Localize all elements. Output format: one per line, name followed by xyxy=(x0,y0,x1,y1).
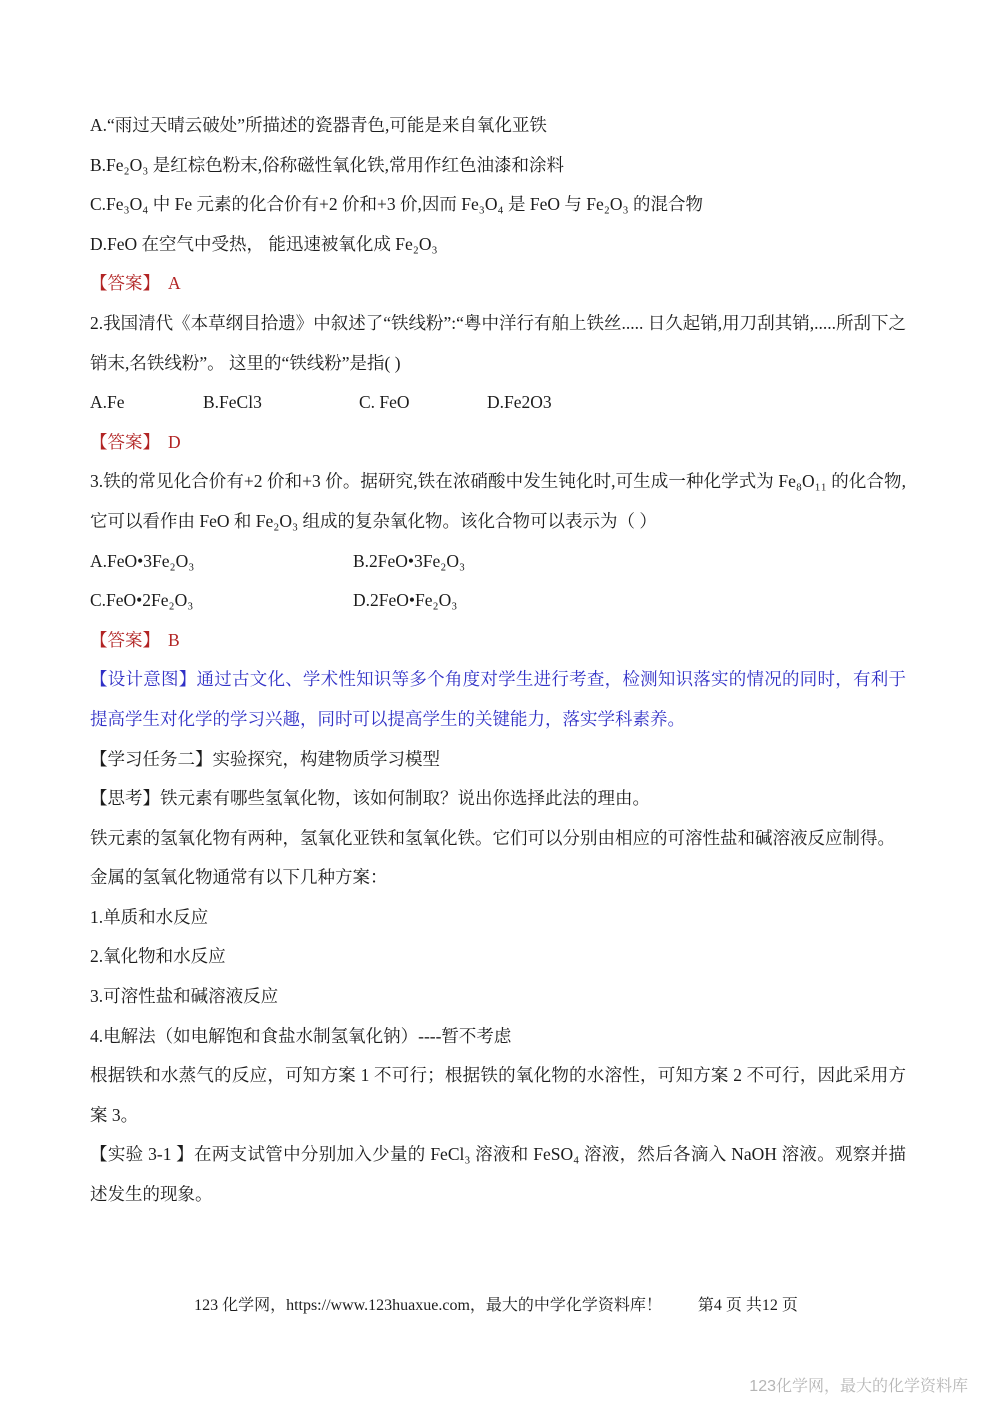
q1-answer-value: A xyxy=(168,273,181,293)
q2-answer-value: D xyxy=(168,432,181,452)
q2-option-c: C. FeO xyxy=(359,383,487,423)
q3-option-a: A.FeO•3Fe₂O₃ xyxy=(90,542,353,582)
q2-answer: 【答案】D xyxy=(90,423,906,463)
plan-item-3: 3.可溶性盐和碱溶液反应 xyxy=(90,977,906,1017)
q1-option-c: C.Fe₃O₄ 中 Fe 元素的化合价有+2 价和+3 价,因而 Fe₃O₄ 是… xyxy=(90,185,906,225)
q3-answer-value: B xyxy=(168,630,180,650)
plan-item-1: 1.单质和水反应 xyxy=(90,898,906,938)
paragraph-hydroxides: 铁元素的氢氧化物有两种，氢氧化亚铁和氢氧化铁。它们可以分别由相应的可溶性盐和碱溶… xyxy=(90,819,906,859)
plan-item-2: 2.氧化物和水反应 xyxy=(90,937,906,977)
q1-option-b: B.Fe₂O₃ 是红棕色粉末,俗称磁性氧化铁,常用作红色油漆和涂料 xyxy=(90,146,906,186)
q3-option-d: D.2FeO•Fe₂O₃ xyxy=(353,581,457,621)
q3-answer-label: 【答案】 xyxy=(90,630,160,650)
q2-stem: 2.我国清代《本草纲目拾遗》中叙述了“铁线粉”:“粤中洋行有舶上铁丝..... … xyxy=(90,304,906,383)
q3-answer: 【答案】B xyxy=(90,621,906,661)
think-prompt: 【思考】铁元素有哪些氢氧化物，该如何制取？说出你选择此法的理由。 xyxy=(90,779,906,819)
footer-page-indicator: 第4 页 共12 页 xyxy=(698,1292,798,1315)
q1-option-a: A.“雨过天晴云破处”所描述的瓷器青色,可能是来自氧化亚铁 xyxy=(90,106,906,146)
q3-option-c: C.FeO•2Fe₂O₃ xyxy=(90,581,353,621)
experiment-3-1: 【实验 3-1 】在两支试管中分别加入少量的 FeCl₃ 溶液和 FeSO₄ 溶… xyxy=(90,1135,906,1214)
footer-site-text: 123 化学网，https://www.123huaxue.com，最大的中学化… xyxy=(194,1292,662,1315)
document-content: A.“雨过天晴云破处”所描述的瓷器青色,可能是来自氧化亚铁 B.Fe₂O₃ 是红… xyxy=(90,106,906,1215)
q3-stem: 3.铁的常见化合价有+2 价和+3 价。据研究,铁在浓硝酸中发生钝化时,可生成一… xyxy=(90,462,906,541)
design-intent-note: 【设计意图】通过古文化、学术性知识等多个角度对学生进行考查，检测知识落实的情况的… xyxy=(90,660,906,739)
paragraph-analysis: 根据铁和水蒸气的反应，可知方案 1 不可行；根据铁的氧化物的水溶性，可知方案 2… xyxy=(90,1056,906,1135)
task2-heading: 【学习任务二】实验探究，构建物质学习模型 xyxy=(90,740,906,780)
q1-answer: 【答案】A xyxy=(90,264,906,304)
document-page: A.“雨过天晴云破处”所描述的瓷器青色,可能是来自氧化亚铁 B.Fe₂O₃ 是红… xyxy=(0,0,992,1403)
q2-option-d: D.Fe2O3 xyxy=(487,383,552,423)
plan-item-4: 4.电解法（如电解饱和食盐水制氢氧化钠）----暂不考虑 xyxy=(90,1017,906,1057)
paragraph-plans-intro: 金属的氢氧化物通常有以下几种方案： xyxy=(90,858,906,898)
q3-options-row-2: C.FeO•2Fe₂O₃ D.2FeO•Fe₂O₃ xyxy=(90,581,906,621)
q1-answer-label: 【答案】 xyxy=(90,273,160,293)
watermark-text: 123化学网，最大的化学资料库 xyxy=(749,1373,968,1396)
q1-option-d: D.FeO 在空气中受热， 能迅速被氧化成 Fe₂O₃ xyxy=(90,225,906,265)
page-footer: 123 化学网，https://www.123huaxue.com，最大的中学化… xyxy=(0,1292,992,1315)
q3-option-b: B.2FeO•3Fe₂O₃ xyxy=(353,542,465,582)
q3-options-row-1: A.FeO•3Fe₂O₃ B.2FeO•3Fe₂O₃ xyxy=(90,542,906,582)
q2-options-row: A.Fe B.FeCl3 C. FeO D.Fe2O3 xyxy=(90,383,906,423)
q2-option-b: B.FeCl3 xyxy=(203,383,359,423)
q2-answer-label: 【答案】 xyxy=(90,432,160,452)
q2-option-a: A.Fe xyxy=(90,383,203,423)
